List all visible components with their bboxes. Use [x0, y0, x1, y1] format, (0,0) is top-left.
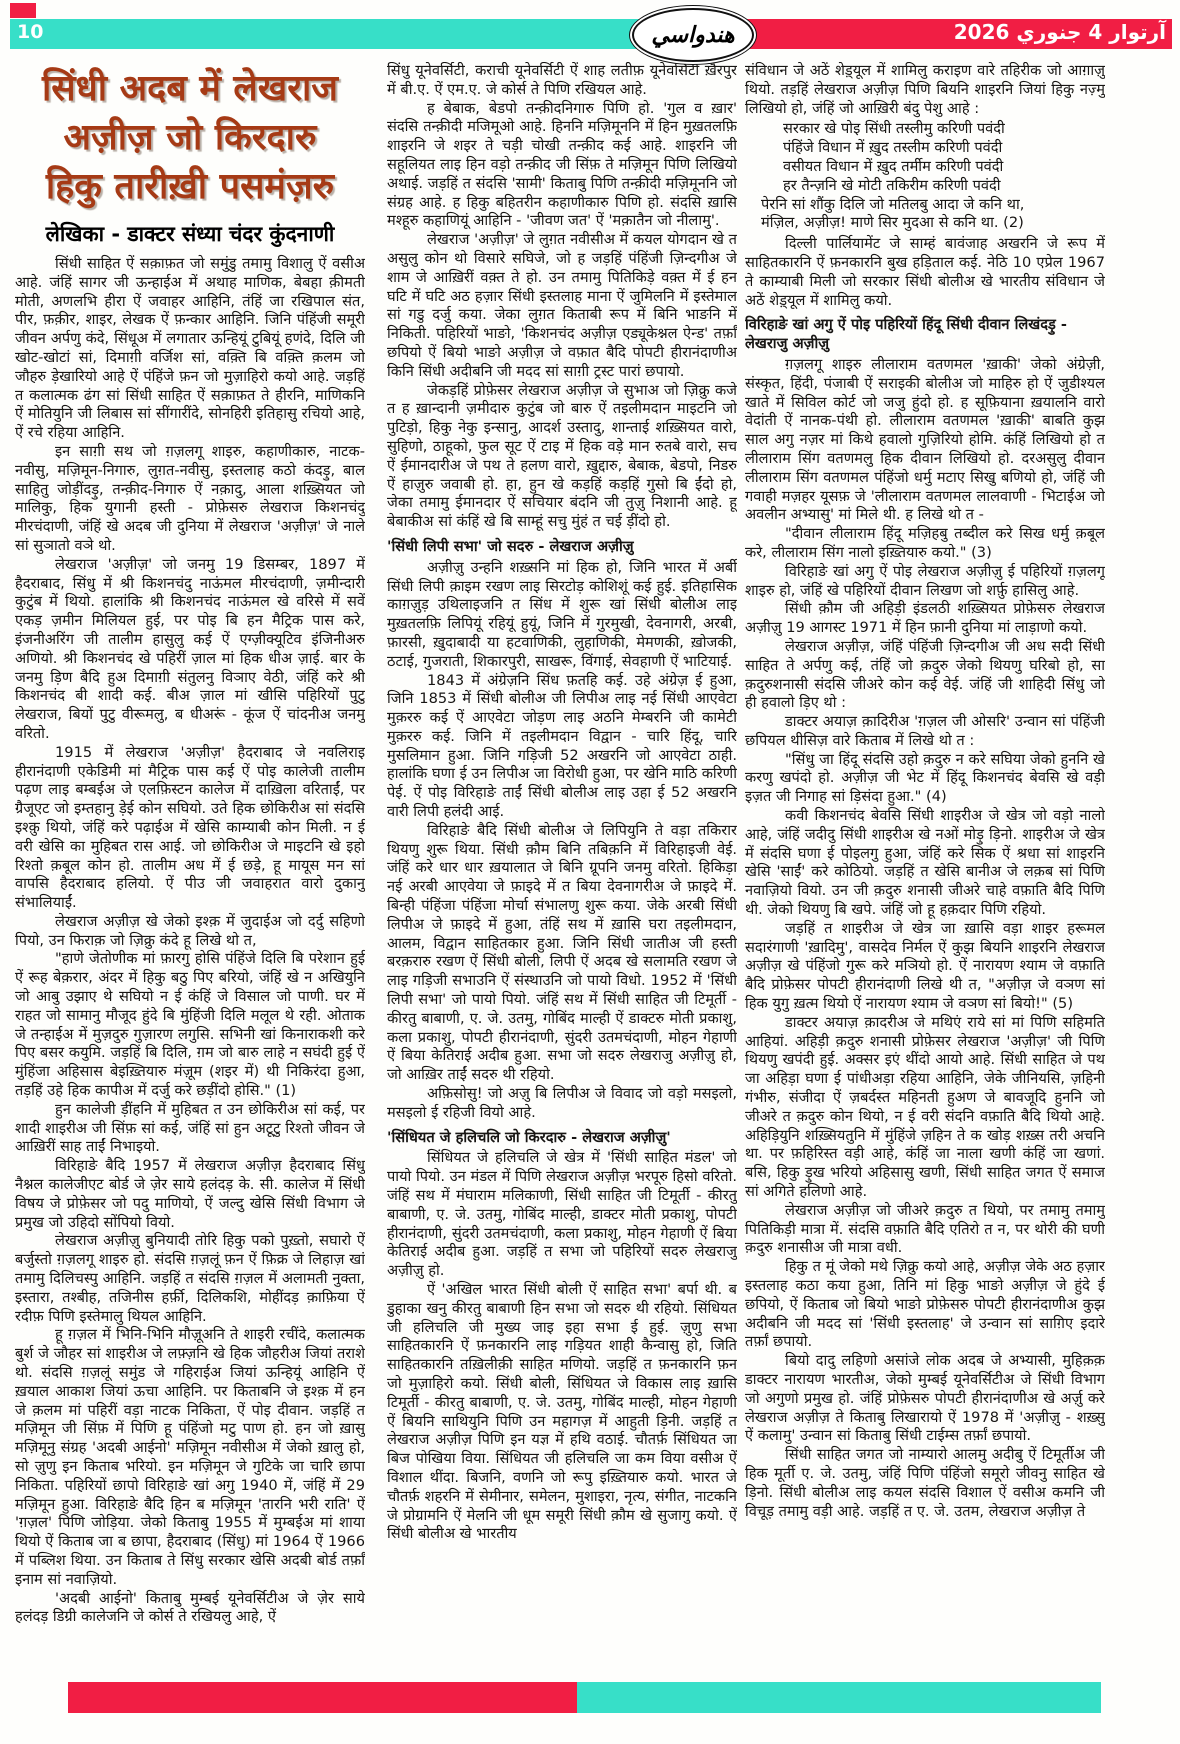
quote-paragraph: "सिंधु जा हिंदू संदसि उहो क़दुरु न करे स…	[745, 751, 1105, 807]
body-paragraph: सिंधियत जे हलिचलि जे खेत्र में 'सिंधी सा…	[387, 1149, 737, 1281]
section-subhead-diwan: विरिहाङे खां अगु ऐं पोइ पहिरियों हिंदू स…	[745, 316, 1105, 354]
body-paragraph: ह बेबाक, बेडपो तन्क़ीदनिगारु पिणि हो. 'ग…	[387, 100, 737, 232]
body-paragraph: सिंधी क़ौम जी अहिड़ी इंडलठी शख़्सियत प्र…	[745, 600, 1105, 638]
body-paragraph: लेखराज 'अज़ीज़' जो जनमु 19 डिसम्बर, 1897…	[15, 556, 365, 744]
footer-red-bar	[68, 1682, 577, 1713]
newspaper-page: 10 آرتوار 4 جنوري 2026 هندواسي सिंधी अदब…	[0, 0, 1180, 1744]
body-paragraph: सिंधी साहित ऐं सक़ाफ़त जो समुंडु तमामु व…	[15, 255, 365, 443]
body-paragraph: बियो दादु लहिणो असांजे लोक अदब जे अभ्यास…	[745, 1352, 1105, 1446]
body-paragraph: हुन कालेजी ड़ींहनि में मुहिबत त उन छोकिर…	[15, 1101, 365, 1157]
poem-block: सरकार खे पोइ सिंधी तस्लीमु करिणी पवंदी प…	[745, 120, 1105, 233]
body-paragraph: ग़ज़लगू शाइरु लीलाराम वतणमल 'ख़ाकी' जेको…	[745, 356, 1105, 525]
body-paragraph: 'अदबी आईनो' किताबु मुम्बई यूनेवर्सिटीअ ज…	[15, 1590, 365, 1628]
headline-line-3: हिकु तारीख़ी पसमंज़रु	[15, 162, 365, 211]
body-paragraph: 1915 में लेखराज 'अज़ीज़' हैदराबाद जे नवल…	[15, 744, 365, 913]
column-2: सिंधु यूनेवर्सिटी, कराची यूनेवर्सिटी ऐं …	[387, 62, 737, 1662]
poem-line: सरकार खे पोइ सिंधी तस्लीमु करिणी पवंदी	[745, 120, 1105, 139]
body-paragraph: हू ग़ज़ल में भिनि-भिनि मौज़ूअनि ते शाइरी…	[15, 1326, 365, 1589]
body-paragraph: लेखराज अज़ीज़ खे जेको इश्क़ में जुदाईअ ज…	[15, 913, 365, 951]
quote-paragraph: "दीवान लीलाराम हिंदू मज़िहबु तब्दील करे …	[745, 525, 1105, 563]
masthead-logo: هندواسي	[632, 8, 754, 62]
article-headline: सिंधी अदब में लेखराज अज़ीज़ जो किरदारु ह…	[15, 64, 365, 211]
body-paragraph: अज़ीज़ु उन्हनि शख़्सनि मां हिक हो, जिनि …	[387, 559, 737, 672]
byline: लेखिका - डाक्टर संध्या चंदर कुंदनाणी	[15, 221, 365, 247]
body-paragraph: लेखराज अज़ीज़, जंहिं पंहिंजी ज़िन्दगीअ ज…	[745, 638, 1105, 713]
body-paragraph: कवी किशनचंद बेवसि सिंधी शाइरीअ जे खेत्र …	[745, 807, 1105, 920]
footer-cyan-bar	[577, 1682, 1101, 1713]
issue-date: آرتوار 4 جنوري 2026	[954, 20, 1166, 44]
column-1: सिंधी अदब में लेखराज अज़ीज़ जो किरदारु ह…	[15, 62, 365, 1662]
headline-line-1: सिंधी अदब में लेखराज	[15, 64, 365, 113]
masthead-title: هندواسي	[651, 23, 734, 48]
body-paragraph: संविधान जे अठें शेड़्यूल में शामिलु कराइ…	[745, 62, 1105, 118]
body-paragraph: विरिहाङे खां अगु ऐं पोइ लेखराज अज़ीज़ु ई…	[745, 563, 1105, 601]
body-paragraph: डाक्टर अयाज़ क़ादरीअ जे मथिएं राये सां म…	[745, 1014, 1105, 1202]
section-subhead-lipi-sabha: 'सिंधी लिपी सभा' जो सदरु - लेखराज अज़ीज़…	[387, 538, 737, 557]
body-paragraph: लेखराज अज़ीज़ु बुनियादी तोरि हिकु पको पु…	[15, 1232, 365, 1326]
body-paragraph: ऐं 'अखिल भारत सिंधी बोली ऐं साहित सभा' ब…	[387, 1281, 737, 1544]
body-paragraph: विरिहाङे बैदि सिंधी बोलीअ जे लिपियुनि ते…	[387, 822, 737, 1085]
poem-line: हर तैन्ज़नि खे मोटी तकिरीम करिणी पवंदी	[745, 177, 1105, 196]
body-paragraph: लेखराज 'अज़ीज़' जे लुग़त नवीसीअ में कयल …	[387, 231, 737, 381]
top-left-red-block	[10, 3, 36, 18]
body-paragraph: इन साग़ी सथ जो ग़ज़लगू शाइरु, कहाणीकारु,…	[15, 443, 365, 556]
headline-line-2: अज़ीज़ जो किरदारु	[15, 113, 365, 162]
body-paragraph: लेखराज अज़ीज़ जो जीअरे क़दुरु त थियो, पर…	[745, 1202, 1105, 1258]
poem-line: पेरनि सां शौंकु दिलि जो मतिलबु आदा जे कन…	[745, 196, 1105, 215]
poem-line: मंज़िल, अज़ीज़! माणे सिर मुदआ से कनि था.…	[745, 214, 1105, 233]
body-paragraph: 1843 में अंग्रेज़नि सिंध फ़तहि कई. उहे अ…	[387, 672, 737, 822]
body-paragraph: अफ़िसोसु! जो अज़ु बि लिपीअ जे विवाद जो व…	[387, 1085, 737, 1123]
poem-line: वसीयत विधान में ख़ुद तर्मीम करिणी पवंदी	[745, 158, 1105, 177]
header-cyan-band	[10, 19, 660, 49]
quote-paragraph: "हाणे जेतोणीक मां फ़ारगु होसि पंहिंजे दि…	[15, 950, 365, 1100]
body-paragraph: विरिहाङे बैदि 1957 में लेखराज अज़ीज़ हैद…	[15, 1157, 365, 1232]
body-paragraph: हिकु त मूं जेको मथे ज़िक्रु कयो आहे, अज़…	[745, 1258, 1105, 1352]
poem-line: पंहिंजे विधान में ख़ुद तस्लीम करिणी पवंद…	[745, 139, 1105, 158]
body-paragraph: जड़हिं त शाइरीअ जे खेत्र जा ख़ासि वड़ा श…	[745, 920, 1105, 1014]
column-3: संविधान जे अठें शेड़्यूल में शामिलु कराइ…	[745, 62, 1105, 1659]
body-paragraph: जेकड़हिं प्रोफ़ेसर लेखराज अज़ीज़ जे सुभा…	[387, 382, 737, 532]
section-subhead-sindhiyat: 'सिंधियत जे हलिचलि जो किरदारु - लेखराज अ…	[387, 1129, 737, 1148]
body-paragraph: सिंधु यूनेवर्सिटी, कराची यूनेवर्सिटी ऐं …	[387, 62, 737, 100]
body-paragraph: दिल्ली पार्लियामेंट जे साम्हं बावंजाह अख…	[745, 235, 1105, 310]
page-number: 10	[17, 21, 43, 43]
body-paragraph: सिंधी साहित जगत जो नाम्यारो आलमु अदीबु ऐ…	[745, 1446, 1105, 1521]
body-paragraph: डाक्टर अयाज़ क़ादिरीअ 'ग़ज़ल जी ओसरि' उन…	[745, 713, 1105, 751]
